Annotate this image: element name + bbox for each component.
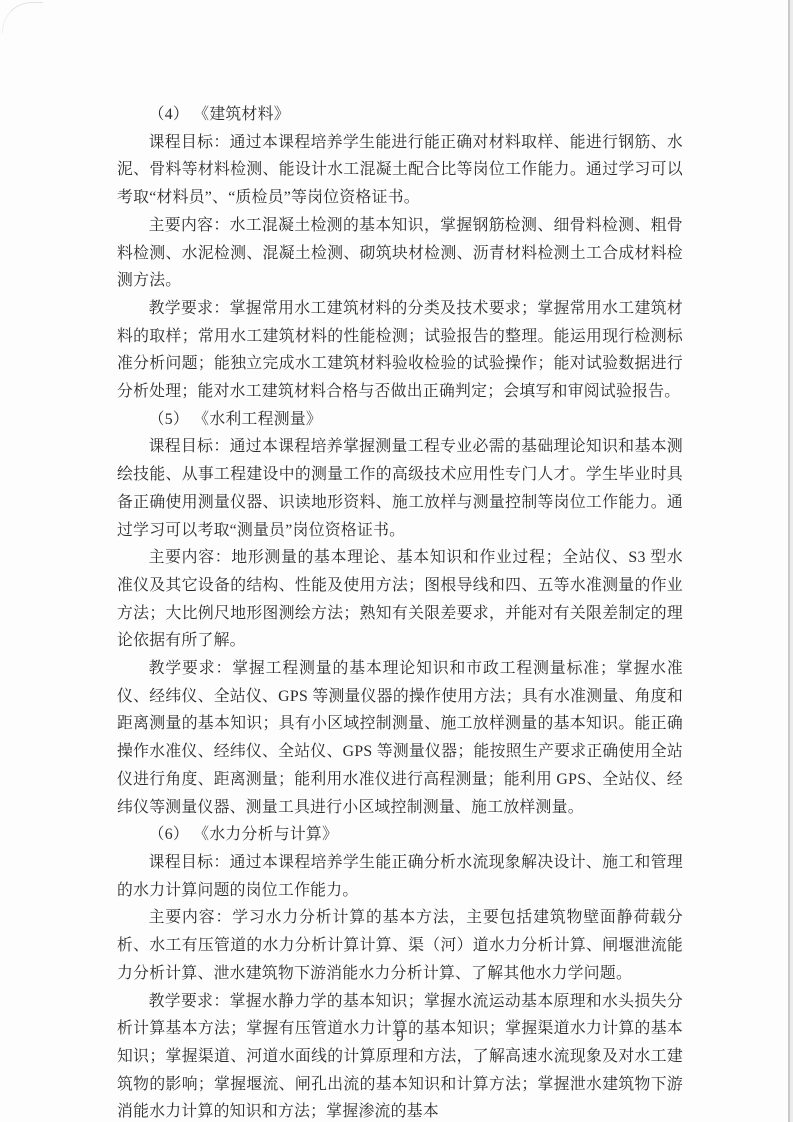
page-number: 9 [117, 1029, 683, 1046]
paragraph-main-content-5: 主要内容：地形测量的基本理论、基本知识和作业过程；全站仪、S3 型水准仪及其它设… [117, 544, 683, 655]
scan-corner-artifact [2, 2, 43, 33]
document-text-block: （4） 《建筑材料》 课程目标：通过本课程培养学生能进行能正确对材料取样、能进行… [117, 101, 683, 1122]
document-page: （4） 《建筑材料》 课程目标：通过本课程培养学生能进行能正确对材料取样、能进行… [0, 0, 793, 1122]
paragraph-teaching-requirements-5: 教学要求：掌握工程测量的基本理论知识和市政工程测量标准；掌握水准仪、经纬仪、全站… [117, 655, 683, 821]
paragraph-course-goal-4: 课程目标：通过本课程培养学生能进行能正确对材料取样、能进行钢筋、水泥、骨料等材料… [117, 129, 683, 212]
course-heading-5: （5） 《水利工程测量》 [117, 406, 683, 434]
course-heading-4: （4） 《建筑材料》 [117, 101, 683, 129]
paragraph-main-content-6: 主要内容：学习水力分析计算的基本方法，主要包括建筑物壁面静荷载分析、水工有压管道… [117, 904, 683, 987]
paragraph-teaching-requirements-4: 教学要求：掌握常用水工建筑材料的分类及技术要求；掌握常用水工建筑材料的取样；常用… [117, 295, 683, 406]
course-heading-6: （6） 《水力分析与计算》 [117, 821, 683, 849]
paragraph-course-goal-5: 课程目标：通过本课程培养掌握测量工程专业必需的基础理论知识和基本测绘技能、从事工… [117, 433, 683, 544]
paragraph-teaching-requirements-6: 教学要求：掌握水静力学的基本知识；掌握水流运动基本原理和水头损失分析计算基本方法… [117, 988, 683, 1122]
paragraph-course-goal-6: 课程目标：通过本课程培养学生能正确分析水流现象解决设计、施工和管理的水力计算问题… [117, 849, 683, 904]
paragraph-main-content-4: 主要内容：水工混凝土检测的基本知识，掌握钢筋检测、细骨料检测、粗骨料检测、水泥检… [117, 212, 683, 295]
